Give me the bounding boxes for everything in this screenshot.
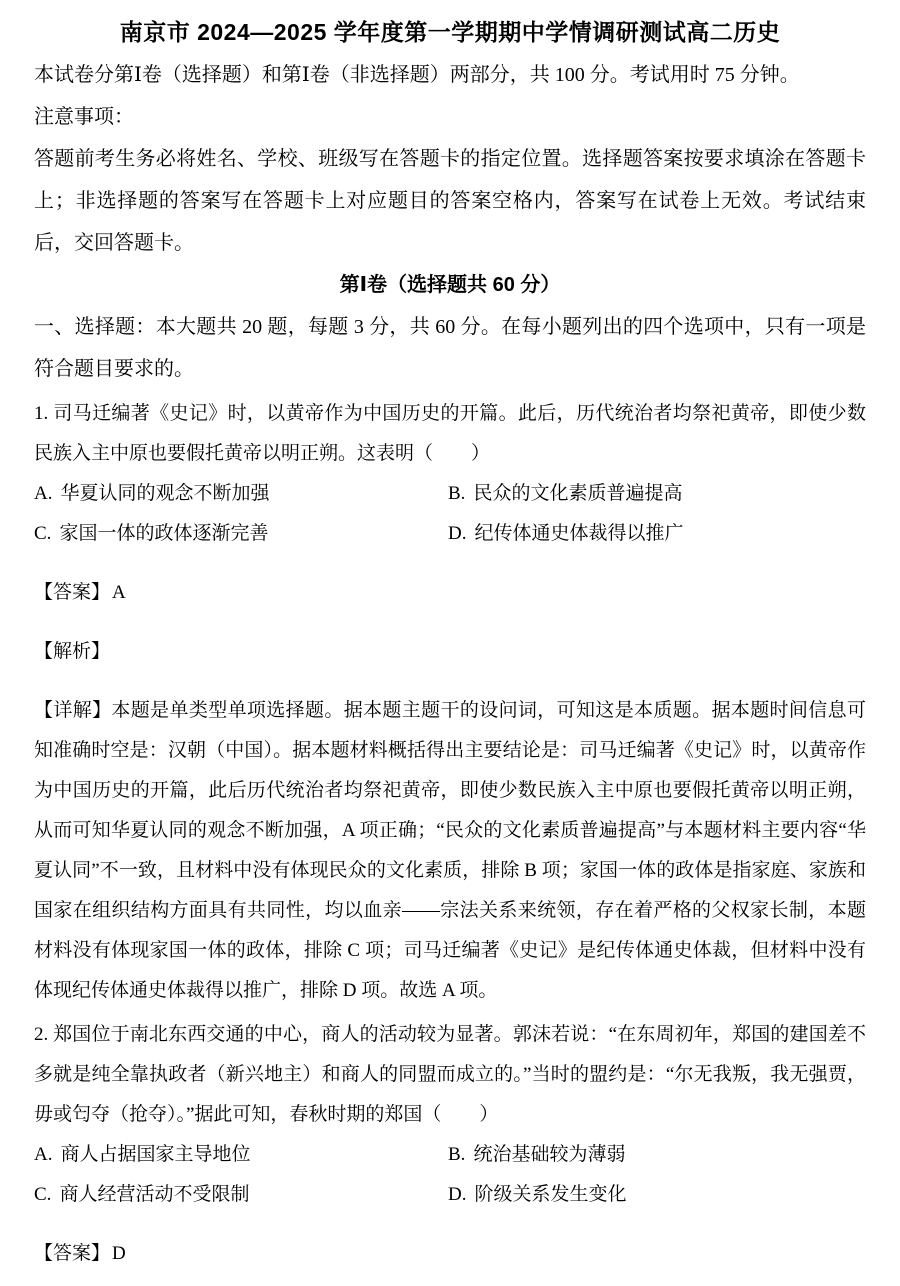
options-grid: A.华夏认同的观念不断加强 B.民众的文化素质普遍提高 C.家国一体的政体逐渐完… [34,474,866,554]
option-label: D. [448,523,466,544]
option-text: 阶级关系发生变化 [474,1184,626,1205]
option-label: C. [34,1184,51,1205]
option-b: B.统治基础较为薄弱 [448,1135,866,1175]
answer-value: D [112,1243,126,1264]
question-stem: 2. 郑国位于南北东西交通的中心，商人的活动较为显著。郭沫若说：“在东周初年，郑… [34,1015,866,1135]
detail-text: 【详解】本题是单类型单项选择题。据本题主题干的设问词，可知这是本质题。据本题时间… [34,691,866,1011]
exam-paper: 南京市 2024—2025 学年度第一学期期中学情调研测试高二历史 本试卷分第Ⅰ… [0,0,900,1274]
analysis-label: 【解析】 [34,641,110,662]
option-label: A. [34,1144,52,1165]
option-label: B. [448,483,465,504]
option-c: C.商人经营活动不受限制 [34,1175,448,1215]
exam-info: 本试卷分第Ⅰ卷（选择题）和第Ⅰ卷（非选择题）两部分，共 100 分。考试用时 7… [34,54,866,96]
question-1: 1. 司马迁编著《史记》时，以黄帝作为中国历史的开篇。此后，历代统治者均祭祀黄帝… [34,394,866,1011]
section-instructions: 一、选择题：本大题共 20 题，每题 3 分，共 60 分。在每小题列出的四个选… [34,306,866,390]
option-d: D.阶级关系发生变化 [448,1175,866,1215]
option-text: 民众的文化素质普遍提高 [473,483,682,504]
option-text: 华夏认同的观念不断加强 [60,483,269,504]
option-label: B. [448,1144,465,1165]
option-label: A. [34,483,52,504]
notice-heading: 注意事项： [34,96,866,138]
option-text: 纪传体通史体裁得以推广 [474,523,683,544]
option-text: 统治基础较为薄弱 [473,1144,625,1165]
question-2: 2. 郑国位于南北东西交通的中心，商人的活动较为显著。郭沫若说：“在东周初年，郑… [34,1015,866,1274]
answer-line: 【答案】D [34,1234,866,1274]
option-text: 商人占据国家主导地位 [60,1144,250,1165]
option-label: D. [448,1184,466,1205]
option-a: A.商人占据国家主导地位 [34,1135,448,1175]
option-d: D.纪传体通史体裁得以推广 [448,514,866,554]
answer-label: 【答案】 [34,582,110,603]
option-b: B.民众的文化素质普遍提高 [448,474,866,514]
option-c: C.家国一体的政体逐渐完善 [34,514,448,554]
notice-text: 答题前考生务必将姓名、学校、班级写在答题卡的指定位置。选择题答案按要求填涂在答题… [34,138,866,264]
option-text: 家国一体的政体逐渐完善 [59,523,268,544]
option-a: A.华夏认同的观念不断加强 [34,474,448,514]
question-stem: 1. 司马迁编著《史记》时，以黄帝作为中国历史的开篇。此后，历代统治者均祭祀黄帝… [34,394,866,474]
answer-line: 【答案】A [34,573,866,613]
options-grid: A.商人占据国家主导地位 B.统治基础较为薄弱 C.商人经营活动不受限制 D.阶… [34,1135,866,1215]
answer-label: 【答案】 [34,1243,110,1264]
section-title: 第Ⅰ卷（选择题共 60 分） [34,264,866,306]
page-title: 南京市 2024—2025 学年度第一学期期中学情调研测试高二历史 [34,10,866,54]
analysis-line: 【解析】 [34,632,866,672]
answer-value: A [112,582,126,603]
option-text: 商人经营活动不受限制 [59,1184,249,1205]
option-label: C. [34,523,51,544]
